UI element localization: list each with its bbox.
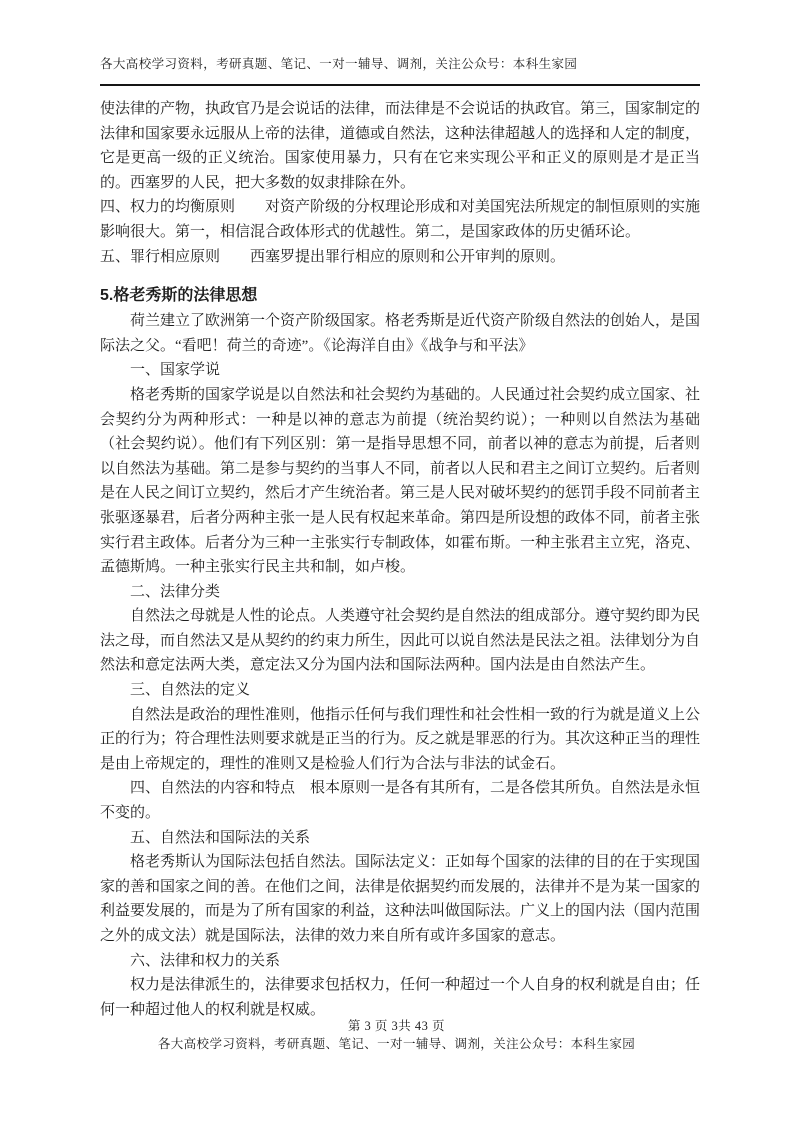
paragraph: 权力是法律派生的，法律要求包括权力，任何一种超过一个人自身的权利就是自由；任何一… — [100, 973, 700, 1022]
subsection-heading: 二、法律分类 — [100, 580, 700, 605]
paragraph: 五、罪行相应原则 西塞罗提出罪行相应的原则和公开审判的原则。 — [100, 245, 700, 270]
paragraph: 四、自然法的内容和特点 根本原则一是各有其所有，二是各偿其所负。自然法是永恒不变… — [100, 776, 700, 825]
document-page: 各大高校学习资料，考研真题、笔记、一对一辅导、调剂，关注公众号：本科生家园 使法… — [0, 0, 793, 1122]
subsection-heading: 三、自然法的定义 — [100, 678, 700, 703]
paragraph: 格老秀斯认为国际法包括自然法。国际法定义：正如每个国家的法律的目的在于实现国家的… — [100, 850, 700, 948]
page-header: 各大高校学习资料，考研真题、笔记、一对一辅导、调剂，关注公众号：本科生家园 — [100, 57, 700, 94]
subsection-heading: 五、自然法和国际法的关系 — [100, 826, 700, 851]
section-heading: 5.格老秀斯的法律思想 — [100, 283, 700, 309]
paragraph: 荷兰建立了欧洲第一个资产阶级国家。格老秀斯是近代资产阶级自然法的创始人，是国际法… — [100, 309, 700, 358]
subsection-heading: 一、国家学说 — [100, 358, 700, 383]
paragraph: 使法律的产物，执政官乃是会说话的法律，而法律是不会说话的执政官。第三，国家制定的… — [100, 97, 700, 195]
paragraph: 自然法是政治的理性准则，他指示任何与我们理性和社会性相一致的行为就是道义上公正的… — [100, 703, 700, 777]
page-number: 第 3 页 3共 43 页 — [0, 1018, 793, 1034]
header-rule — [100, 84, 700, 86]
page-footer: 第 3 页 3共 43 页 各大高校学习资料，考研真题、笔记、一对一辅导、调剂，… — [0, 1018, 793, 1052]
paragraph: 四、权力的均衡原则 对资产阶级的分权理论形成和对美国宪法所规定的制恒原则的实施影… — [100, 195, 700, 244]
paragraph: 格老秀斯的国家学说是以自然法和社会契约为基础的。人民通过社会契约成立国家、社会契… — [100, 383, 700, 580]
header-text: 各大高校学习资料，考研真题、笔记、一对一辅导、调剂，关注公众号：本科生家园 — [100, 57, 700, 72]
subsection-heading: 六、法律和权力的关系 — [100, 949, 700, 974]
paragraph: 自然法之母就是人性的论点。人类遵守社会契约是自然法的组成部分。遵守契约即为民法之… — [100, 604, 700, 678]
footer-text: 各大高校学习资料，考研真题、笔记、一对一辅导、调剂，关注公众号：本科生家园 — [0, 1036, 793, 1052]
document-body: 使法律的产物，执政官乃是会说话的法律，而法律是不会说话的执政官。第三，国家制定的… — [100, 97, 700, 1022]
